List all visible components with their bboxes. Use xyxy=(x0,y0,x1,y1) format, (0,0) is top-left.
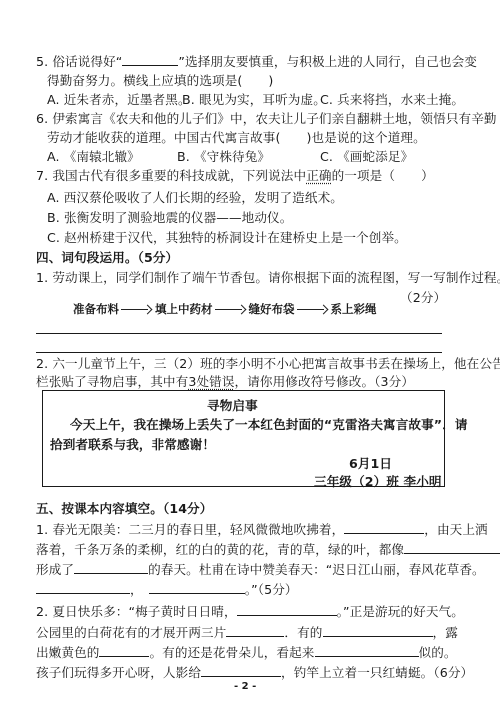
s5-q1-text: 形成了 xyxy=(36,562,74,577)
q5-option-a: A. 近朱者赤，近墨者黑。 xyxy=(47,92,191,108)
s5-q2-line1: 2. 夏日快乐多：“梅子黄时日日晴，。”正是游玩的好天气。 xyxy=(36,603,464,620)
s5-q2-text: 公园里的白荷花有的才展开两三片 xyxy=(36,625,226,640)
s5-q1-text: ，由天上洒 xyxy=(424,522,487,537)
q5-line2: 得勤奋努力。横线上应填的选项是() xyxy=(47,73,273,89)
q6-option-a: A. 《南辕北辙》 xyxy=(47,149,140,165)
s5-q2-blank-1[interactable] xyxy=(237,603,337,616)
q7-option-a: A. 西汉蔡伦吸收了人们长期的经验，发明了造纸术。 xyxy=(47,190,343,206)
q6-line1: 6. 伊索寓言《农夫和他的儿子们》中，农夫让儿子们亲自翻耕土地，领悟只有辛勤 xyxy=(36,111,497,127)
s4-q2-emphasis: 3处错误 xyxy=(188,374,234,389)
s5-q1-text: 1. 春光无限美：二三月的春日里，轻风微微地吹拂着， xyxy=(36,522,344,537)
s5-q2-blank-3[interactable] xyxy=(323,624,433,637)
s5-q1-blank-4[interactable] xyxy=(36,581,130,594)
s5-q2-text: 孩子们玩得多开心呀，人影给 xyxy=(36,665,201,680)
s5-q1-text: 。”（5分） xyxy=(245,582,298,597)
q5-text: ”选择朋友要慎重，与积极上进的人同行，自己也会变 xyxy=(178,54,477,69)
s5-q2-text: 出嫩黄色的 xyxy=(36,645,99,660)
section4-title: 四、词句段运用。（5分） xyxy=(36,250,178,266)
q6-option-c: C. 《画蛇添足》 xyxy=(320,149,413,165)
notice-body-line2: 拾到者联系与我，非常感谢！ xyxy=(50,437,215,453)
notice-date: 6月1日 xyxy=(349,456,392,472)
s5-q2-text: ，钓竿上立着一只红蜻蜓。（6分） xyxy=(281,665,473,680)
arrow-right-icon xyxy=(215,305,247,315)
q5-text: ) xyxy=(268,73,273,88)
q7-text: 的一项是（ xyxy=(332,168,395,183)
s5-q2-text: 。有的还是花骨朵儿，看起来 xyxy=(149,645,314,660)
q7-line1: 7. 我国古代有很多重要的科技成就，下列说法中正确的一项是（） xyxy=(36,168,434,184)
s5-q2-blank-6[interactable] xyxy=(201,664,281,677)
s5-q1-text: 的春天。杜甫在诗中赞美春天：“迟日江山丽，春风花草香。 xyxy=(148,562,485,577)
flowchart: 准备布料填上中药材缝好布袋系上彩绳 xyxy=(73,301,377,317)
q7-text: ） xyxy=(421,168,434,183)
s5-q1-blank-2[interactable] xyxy=(404,541,500,554)
s5-q2-line3: 出嫩黄色的。有的还是花骨朵儿，看起来似的。 xyxy=(36,644,457,661)
page-number: - 2 - xyxy=(234,681,256,692)
s5-q2-text: 。”正是游玩的好天气。 xyxy=(337,604,464,619)
section5-title: 五、按课本内容填空。（14分） xyxy=(36,501,212,517)
s5-q2-line4: 孩子们玩得多开心呀，人影给，钓竿上立着一只红蜻蜓。（6分） xyxy=(36,664,473,681)
s5-q1-blank-5[interactable] xyxy=(149,581,245,594)
q5-line1: 5. 俗话说得好“”选择朋友要慎重，与积极上进的人同行，自己也会变 xyxy=(36,53,477,70)
s5-q1-blank-1[interactable] xyxy=(344,521,424,534)
q5-blank[interactable] xyxy=(122,53,178,66)
answer-line-1[interactable] xyxy=(36,333,442,334)
arrow-right-icon xyxy=(121,305,153,315)
q7-option-c: C. 赵州桥建于汉代，其独特的桥洞设计在建桥史上是一个创举。 xyxy=(47,230,407,246)
arrow-right-icon xyxy=(297,305,329,315)
q5-text: 5. 俗话说得好“ xyxy=(36,54,122,69)
q7-text: 7. 我国古代有很多重要的科技成就，下列说法中 xyxy=(36,168,306,183)
q7-emphasis: 正确 xyxy=(306,168,331,183)
notice-signature: 三年级（2）班 李小明 xyxy=(314,474,442,490)
s5-q1-line1: 1. 春光无限美：二三月的春日里，轻风微微地吹拂着，，由天上洒 xyxy=(36,521,488,538)
s5-q1-line3: 形成了的春天。杜甫在诗中赞美春天：“迟日江山丽，春风花草香。 xyxy=(36,561,485,578)
notice-title: 寻物启事 xyxy=(207,398,258,414)
s4-q2-text: 栏张贴了寻物启事，其中有 xyxy=(36,374,188,389)
s5-q2-line2: 公园里的白荷花有的才展开两三片．有的，露 xyxy=(36,624,458,641)
s5-q2-blank-4[interactable] xyxy=(99,644,149,657)
q6-option-b: B. 《守株待兔》 xyxy=(177,149,270,165)
s5-q2-blank-5[interactable] xyxy=(315,644,419,657)
s5-q1-line4: ，。”（5分） xyxy=(36,581,298,598)
q5-option-b: B. 眼见为实，耳听为虚。 xyxy=(182,92,326,108)
q5-text: 得勤奋努力。横线上应填的选项是( xyxy=(47,73,242,88)
s4-q2-text: ，请你用修改符号修改。（3分） xyxy=(235,374,415,389)
s5-q1-blank-3[interactable] xyxy=(74,561,148,574)
answer-line-2[interactable] xyxy=(36,352,442,353)
flow-step-2: 填上中药材 xyxy=(155,302,213,316)
flow-step-4: 系上彩绳 xyxy=(331,302,377,316)
s5-q2-blank-2[interactable] xyxy=(226,624,284,637)
q6-line2: 劳动才能收获的道理。中国古代寓言故事()也是说的这个道理。 xyxy=(47,130,426,146)
flow-step-3: 缝好布袋 xyxy=(249,302,295,316)
s5-q2-text: ，露 xyxy=(433,625,458,640)
s5-q1-text: 落着，千条万条的柔柳，红的白的黄的花，青的草，绿的叶，都像 xyxy=(36,542,404,557)
s5-q2-text: 似的。 xyxy=(419,645,457,660)
s4-q1-line1: 1. 劳动课上，同学们制作了端午节香包。请你根据下面的流程图，写一写制作过程。 xyxy=(36,270,500,286)
s5-q2-text: 2. 夏日快乐多：“梅子黄时日日晴， xyxy=(36,604,237,619)
notice-body-line1: 今天上午，我在操场上丢失了一本红色封面的“克雷洛夫寓言故事”．请 xyxy=(70,417,468,433)
s4-q1-score: （2分） xyxy=(400,290,446,306)
q6-text: 劳动才能收获的道理。中国古代寓言故事( xyxy=(47,130,281,145)
s4-q2-line1: 2. 六一儿童节上午，三（2）班的李小明不小心把寓言故事书丢在操场上，他在公告 xyxy=(36,356,500,372)
flow-step-1: 准备布料 xyxy=(73,302,119,316)
s4-q2-line2: 栏张贴了寻物启事，其中有3处错误，请你用修改符号修改。（3分） xyxy=(36,374,414,390)
s5-q2-text: ．有的 xyxy=(284,625,322,640)
q7-option-b: B. 张衡发明了测验地震的仪器——地动仪。 xyxy=(47,210,292,226)
s5-q1-line2: 落着，千条万条的柔柳，红的白的黄的花，青的草，绿的叶，都像， xyxy=(36,541,500,558)
q5-option-c: C. 兵来将挡，水来土掩。 xyxy=(320,92,464,108)
s5-q1-text: ， xyxy=(130,582,143,597)
q6-text: )也是说的这个道理。 xyxy=(307,130,426,145)
